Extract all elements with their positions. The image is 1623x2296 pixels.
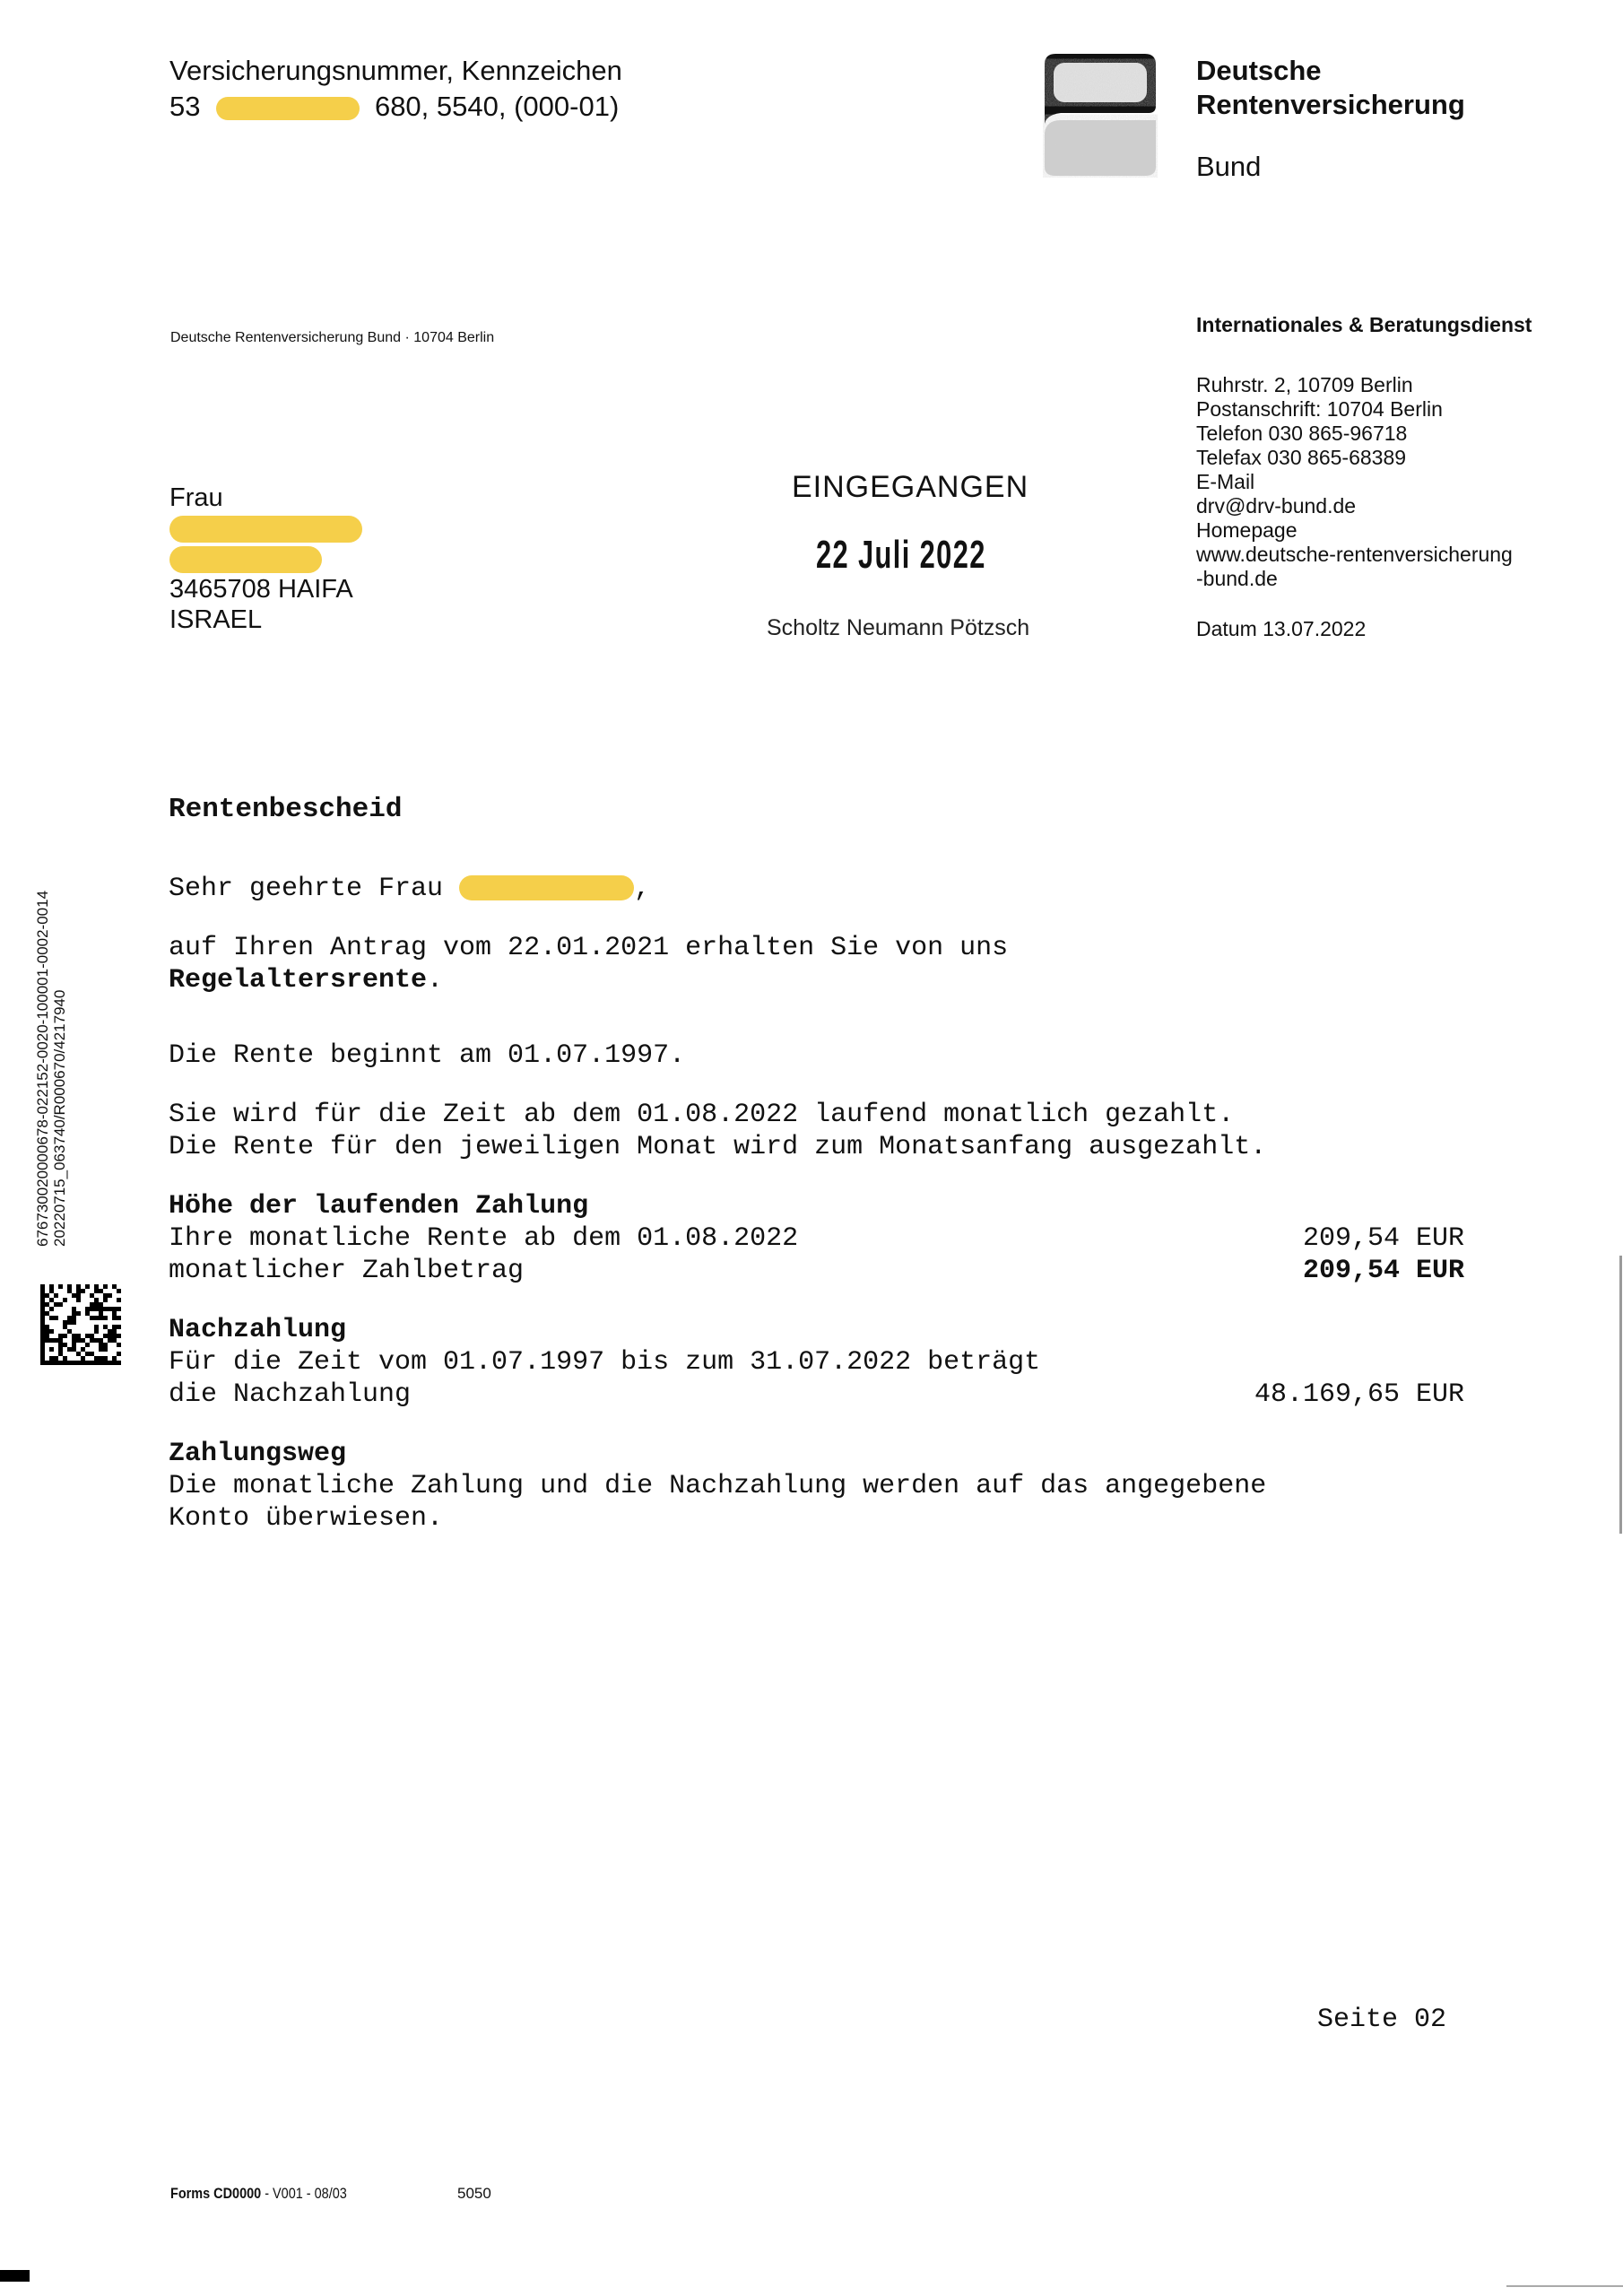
- pension-type: Regelaltersrente: [169, 965, 427, 996]
- letter-title: Rentenbescheid: [169, 794, 1469, 826]
- document-reference-codes: 676730020000678-022152-0020-100001-0002-…: [34, 891, 68, 1247]
- form-code: Forms CD0000 - V001 - 08/03: [170, 2185, 347, 2203]
- letter-date: Datum 13.07.2022: [1196, 617, 1366, 641]
- recipient-city: 3465708 HAIFA: [169, 574, 362, 604]
- contact-homepage-cont[interactable]: -bund.de: [1196, 567, 1513, 591]
- reference-code-1: 676730020000678-022152-0020-100001-0002-…: [34, 891, 51, 1247]
- contact-phone: Telefon 030 865-96718: [1196, 422, 1513, 446]
- department-title: Internationales & Beratungsdienst: [1196, 313, 1532, 337]
- redaction-mark: [169, 516, 362, 543]
- payment-row: Ihre monatliche Rente ab dem 01.08.2022 …: [169, 1222, 1464, 1255]
- insurance-number: 53 680, 5540, (000-01): [169, 90, 619, 124]
- back-payment-label: die Nachzahlung: [169, 1378, 411, 1411]
- received-stamp-title: EINGEGANGEN: [792, 470, 1028, 505]
- org-name-line2: Rentenversicherung: [1196, 88, 1465, 122]
- org-name-line1: Deutsche: [1196, 54, 1465, 88]
- pension-start: Die Rente beginnt am 01.07.1997.: [169, 1039, 1469, 1072]
- insurance-number-suffix: 680, 5540, (000-01): [375, 91, 619, 122]
- intro-line-2: Regelaltersrente.: [169, 964, 1469, 996]
- redaction-mark: [459, 875, 634, 900]
- drv-logo-icon: [1043, 52, 1158, 178]
- form-number: 5050: [457, 2185, 491, 2203]
- payment-line-2: Die Rente für den jeweiligen Monat wird …: [169, 1131, 1469, 1163]
- contact-email-label: E-Mail: [1196, 470, 1513, 494]
- greeting: Sehr geehrte Frau ,: [169, 873, 1469, 905]
- recipient-salutation: Frau: [169, 483, 362, 513]
- contact-email[interactable]: drv@drv-bund.de: [1196, 494, 1513, 518]
- redaction-mark: [169, 546, 322, 573]
- reference-code-2: 20220715_063740/R000670/4217940: [51, 891, 68, 1247]
- redaction-mark: [216, 97, 360, 120]
- contact-homepage-label: Homepage: [1196, 518, 1513, 543]
- letter-body: Rentenbescheid Sehr geehrte Frau , auf I…: [169, 794, 1469, 1535]
- scan-edge-line: [1506, 2285, 1623, 2287]
- org-name: Deutsche Rentenversicherung: [1196, 54, 1465, 122]
- received-stamp-date: 22 Juli 2022: [816, 533, 986, 578]
- contact-fax: Telefax 030 865-68389: [1196, 446, 1513, 470]
- received-stamp-names: Scholtz Neumann Pötzsch: [767, 615, 1029, 641]
- datamatrix-barcode-icon: [40, 1284, 121, 1365]
- recipient-street-redacted: [169, 544, 362, 574]
- scan-edge-line: [1619, 1256, 1622, 1534]
- payment-row-amount: 209,54 EUR: [1303, 1255, 1464, 1287]
- contact-postal: Postanschrift: 10704 Berlin: [1196, 397, 1513, 422]
- back-payment-row: die Nachzahlung 48.169,65 EUR: [169, 1378, 1464, 1411]
- payment-row-label: Ihre monatliche Rente ab dem 01.08.2022: [169, 1222, 798, 1255]
- back-payment-heading: Nachzahlung: [169, 1314, 1469, 1346]
- sender-return-address: Deutsche Rentenversicherung Bund · 10704…: [170, 330, 494, 346]
- contact-address: Ruhrstr. 2, 10709 Berlin: [1196, 373, 1513, 397]
- current-payment-heading: Höhe der laufenden Zahlung: [169, 1190, 1469, 1222]
- payment-method-heading: Zahlungsweg: [169, 1438, 1469, 1470]
- contact-homepage[interactable]: www.deutsche-rentenversicherung: [1196, 543, 1513, 567]
- payment-method-line-2: Konto überwiesen.: [169, 1502, 1469, 1535]
- payment-line-1: Sie wird für die Zeit ab dem 01.08.2022 …: [169, 1099, 1469, 1131]
- org-name-line3: Bund: [1196, 151, 1261, 183]
- recipient-name-redacted: [169, 513, 362, 544]
- insurance-number-prefix: 53: [169, 91, 200, 122]
- recipient-address: Frau 3465708 HAIFA ISRAEL: [169, 483, 362, 635]
- payment-row-label: monatlicher Zahlbetrag: [169, 1255, 524, 1287]
- recipient-country: ISRAEL: [169, 604, 362, 635]
- department-contact: Ruhrstr. 2, 10709 Berlin Postanschrift: …: [1196, 373, 1513, 591]
- payment-method-line-1: Die monatliche Zahlung und die Nachzahlu…: [169, 1470, 1469, 1502]
- insurance-number-label: Versicherungsnummer, Kennzeichen: [169, 54, 622, 88]
- back-payment-period: Für die Zeit vom 01.07.1997 bis zum 31.0…: [169, 1346, 1469, 1378]
- back-payment-amount: 48.169,65 EUR: [1254, 1378, 1464, 1411]
- page-number: Seite 02: [1317, 2005, 1446, 2035]
- payment-row-amount: 209,54 EUR: [1303, 1222, 1464, 1255]
- intro-line-1: auf Ihren Antrag vom 22.01.2021 erhalten…: [169, 932, 1469, 964]
- scan-corner-mark: [0, 2270, 30, 2282]
- payment-row: monatlicher Zahlbetrag 209,54 EUR: [169, 1255, 1464, 1287]
